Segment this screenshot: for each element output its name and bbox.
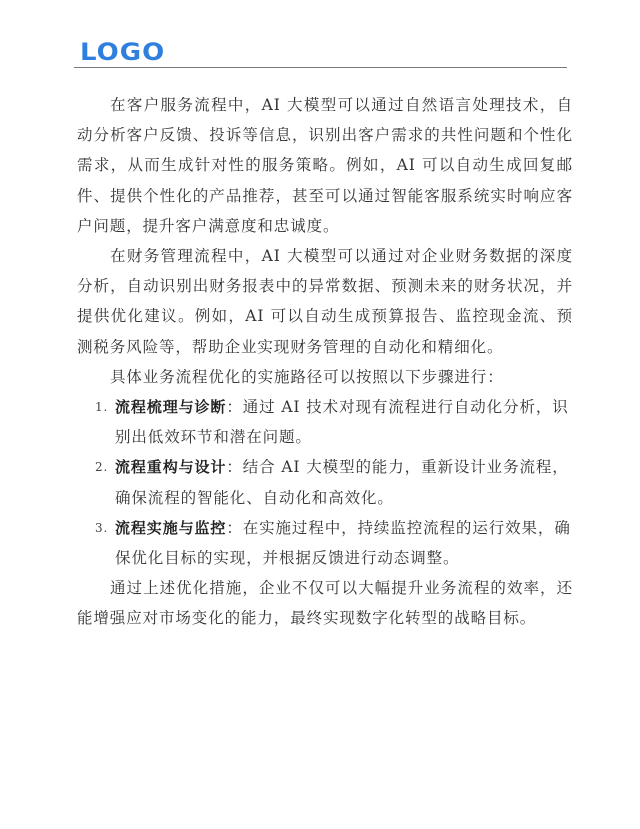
paragraph-conclusion: 通过上述优化措施，企业不仅可以大幅提升业务流程的效率，还能增强应对市场变化的能力… <box>77 573 573 633</box>
list-number: 3. <box>95 513 108 543</box>
paragraph-finance: 在财务管理流程中，AI 大模型可以通过对企业财务数据的深度分析，自动识别出财务报… <box>77 241 573 362</box>
list-number: 1. <box>95 392 108 422</box>
step-label: 流程重构与设计 <box>115 458 226 476</box>
list-item: 3.流程实施与监控：在实施过程中，持续监控流程的运行效果，确保优化目标的实现，并… <box>77 513 573 573</box>
logo: LOGO <box>80 40 165 66</box>
step-label: 流程实施与监控 <box>115 519 226 537</box>
header-divider <box>74 67 567 68</box>
list-item: 2.流程重构与设计：结合 AI 大模型的能力，重新设计业务流程，确保流程的智能化… <box>77 452 573 512</box>
list-number: 2. <box>95 452 108 482</box>
list-item: 1.流程梳理与诊断：通过 AI 技术对现有流程进行自动化分析，识别出低效环节和潜… <box>77 392 573 452</box>
document-body: 在客户服务流程中，AI 大模型可以通过自然语言处理技术，自动分析客户反馈、投诉等… <box>77 90 573 634</box>
steps-list: 1.流程梳理与诊断：通过 AI 技术对现有流程进行自动化分析，识别出低效环节和潜… <box>77 392 573 573</box>
step-label: 流程梳理与诊断 <box>115 398 226 416</box>
paragraph-customer-service: 在客户服务流程中，AI 大模型可以通过自然语言处理技术，自动分析客户反馈、投诉等… <box>77 90 573 241</box>
paragraph-steps-intro: 具体业务流程优化的实施路径可以按照以下步骤进行： <box>77 362 573 392</box>
